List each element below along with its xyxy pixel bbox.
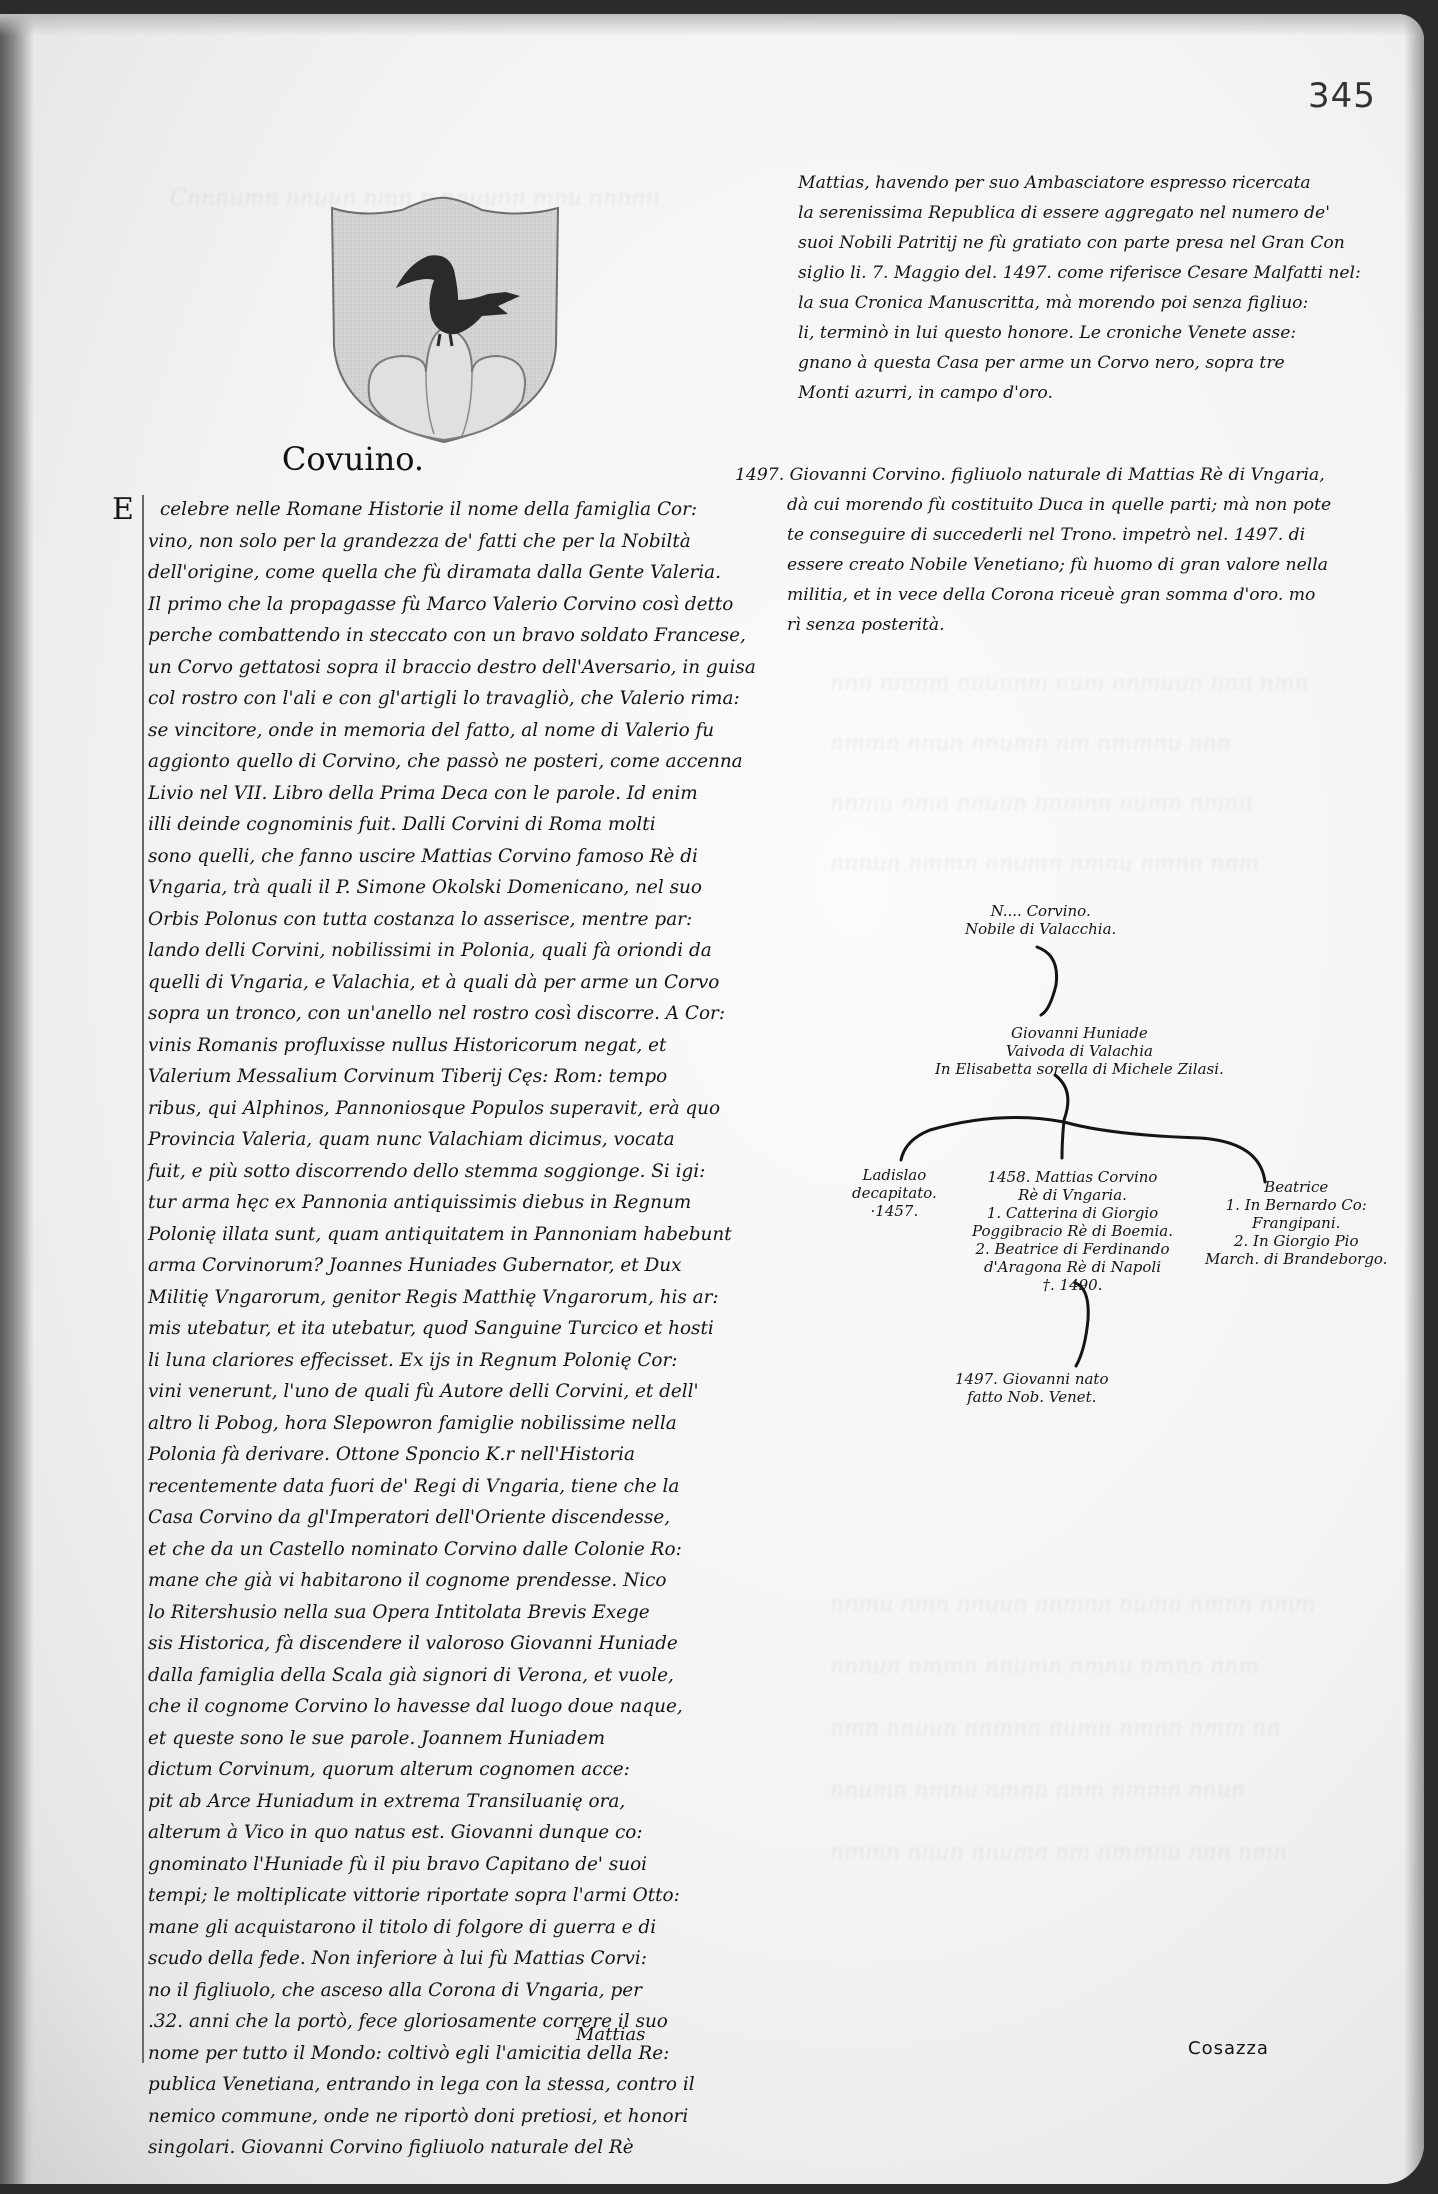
text-line: li, terminò in lui questo honore. Le cro…	[798, 318, 1383, 348]
text-line: singolari. Giovanni Corvino figliuolo na…	[148, 2132, 763, 2164]
text-line: tempi; le moltiplicate vittorie riportat…	[148, 1880, 763, 1912]
drop-cap: E	[112, 494, 134, 526]
text-line: sopra un tronco, con un'anello nel rostr…	[148, 998, 763, 1030]
text-line: publica Venetiana, entrando in lega con …	[148, 2069, 763, 2101]
text-line: tur arma hęc ex Pannonia antiquissimis d…	[148, 1187, 763, 1219]
text-line: In Elisabetta sorella di Michele Zilasi.	[935, 1060, 1224, 1078]
text-line: Vaivoda di Valachia	[935, 1042, 1224, 1060]
text-line: et queste sono le sue parole. Joannem Hu…	[148, 1723, 763, 1755]
text-line: Polonię illata sunt, quam antiquitatem i…	[148, 1219, 763, 1251]
text-line: lando delli Corvini, nobilissimi in Polo…	[148, 935, 763, 967]
text-line: siglio li. 7. Maggio del. 1497. come rif…	[798, 258, 1383, 288]
text-line: lo Ritershusio nella sua Opera Intitolat…	[148, 1597, 763, 1629]
text-line: Polonia fà derivare. Ottone Sponcio K.r …	[148, 1439, 763, 1471]
text-line: gnominato l'Huniade fù il piu bravo Capi…	[148, 1849, 763, 1881]
text-line: fatto Nob. Venet.	[955, 1388, 1109, 1406]
text-line: decapitato.	[852, 1184, 937, 1202]
text-line: un Corvo gettatosi sopra il braccio dest…	[148, 652, 763, 684]
text-line: Orbis Polonus con tutta costanza lo asse…	[148, 904, 763, 936]
text-line: Monti azurri, in campo d'oro.	[798, 378, 1383, 408]
page-top-edge	[0, 14, 1424, 36]
text-line: mane che già vi habitarono il cognome pr…	[148, 1565, 763, 1597]
text-line: dell'origine, come quella che fù diramat…	[148, 557, 763, 589]
tree-node-mattias-corvino: 1458. Mattias CorvinoRè di Vngaria.1. Ca…	[972, 1168, 1173, 1294]
text-line: 1458. Mattias Corvino	[972, 1168, 1173, 1186]
text-line: dà cui morendo fù costituito Duca in que…	[735, 490, 1385, 520]
tree-node-giovanni-1497: 1497. Giovanni natofatto Nob. Venet.	[955, 1370, 1109, 1406]
text-line: N.... Corvino.	[965, 902, 1116, 920]
entry-1497-paragraph: 1497. Giovanni Corvino. figliuolo natura…	[735, 460, 1385, 640]
text-line: pit ab Arce Huniadum in extrema Transilu…	[148, 1786, 763, 1818]
text-line: d'Aragona Rè di Napoli	[972, 1258, 1173, 1276]
bleed-through-text: nnn nmnm nuunnm num nnmuun nnn nmnnmmn n…	[830, 654, 1309, 894]
coat-of-arms-icon	[322, 196, 566, 444]
text-line: Vngaria, trà quali il P. Simone Okolski …	[148, 872, 763, 904]
text-frame-line	[142, 495, 144, 2063]
text-line: 1497. Giovanni nato	[955, 1370, 1109, 1388]
text-line: Livio nel VII. Libro della Prima Deca co…	[148, 778, 763, 810]
text-line: suoi Nobili Patritij ne fù gratiato con …	[798, 228, 1383, 258]
text-line: 1. Catterina di Giorgio	[972, 1204, 1173, 1222]
text-line: Rè di Vngaria.	[972, 1186, 1173, 1204]
text-line: scudo della fede. Non inferiore à lui fù…	[148, 1943, 763, 1975]
text-line: sis Historica, fà discendere il valoroso…	[148, 1628, 763, 1660]
page-right-edge	[1404, 14, 1424, 2184]
tree-node-ladislao: Ladislaodecapitato.·1457.	[852, 1166, 937, 1220]
text-line: la serenissima Republica di essere aggre…	[798, 198, 1383, 228]
text-line: se vincitore, onde in memoria del fatto,…	[148, 715, 763, 747]
text-line: essere creato Nobile Venetiano; fù huomo…	[735, 550, 1385, 580]
text-line: che il cognome Corvino lo havesse dal lu…	[148, 1691, 763, 1723]
text-line: 1. In Bernardo Co:	[1205, 1196, 1387, 1214]
text-line: arma Corvinorum? Joannes Huniades Gubern…	[148, 1250, 763, 1282]
tree-node-giovanni-huniade: Giovanni HuniadeVaivoda di ValachiaIn El…	[935, 1024, 1224, 1078]
text-line: Mattias, havendo per suo Ambasciatore es…	[798, 168, 1383, 198]
text-line: Giovanni Huniade	[935, 1024, 1224, 1042]
text-line: col rostro con l'ali e con gl'artigli lo…	[148, 683, 763, 715]
bleed-through-text: nnmu nmn nnuun nnmnn numn nmnn nmmnnnun …	[830, 1574, 1316, 1884]
text-line: fuit, e più sotto discorrendo dello stem…	[148, 1156, 763, 1188]
text-line: 1497. Giovanni Corvino. figliuolo natura…	[735, 460, 1385, 490]
text-line: et che da un Castello nominato Corvino d…	[148, 1534, 763, 1566]
catchword: Mattias	[576, 2024, 645, 2045]
text-line: Poggibracio Rè di Boemia.	[972, 1222, 1173, 1240]
text-line: ribus, qui Alphinos, Pannoniosque Populo…	[148, 1093, 763, 1125]
text-line: militia, et in vece della Corona riceuè …	[735, 580, 1385, 610]
text-line: Militię Vngarorum, genitor Regis Matthię…	[148, 1282, 763, 1314]
left-column-text: celebre nelle Romane Historie il nome de…	[148, 494, 763, 2164]
text-line: altro li Pobog, hora Slepowron famiglie …	[148, 1408, 763, 1440]
text-line: Ladislao	[852, 1166, 937, 1184]
text-line: illi deinde cognominis fuit. Dalli Corvi…	[148, 809, 763, 841]
text-line: Casa Corvino da gl'Imperatori dell'Orien…	[148, 1502, 763, 1534]
text-line: .32. anni che la portò, fece gloriosamen…	[148, 2006, 763, 2038]
text-line: Nobile di Valacchia.	[965, 920, 1116, 938]
tree-node-root: N.... Corvino.Nobile di Valacchia.	[965, 902, 1116, 938]
right-column-top-paragraph: Mattias, havendo per suo Ambasciatore es…	[798, 168, 1383, 408]
text-line: vino, non solo per la grandezza de' fatt…	[148, 526, 763, 558]
page-title: Covuino.	[248, 440, 458, 478]
text-line: Frangipani.	[1205, 1214, 1387, 1232]
text-line: March. di Brandeborgo.	[1205, 1250, 1387, 1268]
text-line: no il figliuolo, che asceso alla Corona …	[148, 1975, 763, 2007]
text-line: Provincia Valeria, quam nunc Valachiam d…	[148, 1124, 763, 1156]
text-line: 2. In Giorgio Pio	[1205, 1232, 1387, 1250]
text-line: li luna clariores effecisset. Ex ijs in …	[148, 1345, 763, 1377]
text-line: nemico commune, onde ne riportò doni pre…	[148, 2101, 763, 2133]
text-line: mane gli acquistarono il titolo di folgo…	[148, 1912, 763, 1944]
text-line: nome per tutto il Mondo: coltivò egli l'…	[148, 2038, 763, 2070]
text-line: gnano à questa Casa per arme un Corvo ne…	[798, 348, 1383, 378]
text-line: sono quelli, che fanno uscire Mattias Co…	[148, 841, 763, 873]
text-line: Beatrice	[1205, 1178, 1387, 1196]
signature: Cosazza	[1188, 2038, 1269, 2059]
text-line: alterum à Vico in quo natus est. Giovann…	[148, 1817, 763, 1849]
text-line: mis utebatur, et ita utebatur, quod Sang…	[148, 1313, 763, 1345]
text-line: 2. Beatrice di Ferdinando	[972, 1240, 1173, 1258]
text-line: te conseguire di succederli nel Trono. i…	[735, 520, 1385, 550]
text-line: vini venerunt, l'uno de quali fù Autore …	[148, 1376, 763, 1408]
text-line: dalla famiglia della Scala già signori d…	[148, 1660, 763, 1692]
text-line: recentemente data fuori de' Regi di Vnga…	[148, 1471, 763, 1503]
text-line: †. 1490.	[972, 1276, 1173, 1294]
folio-number: 345	[1308, 76, 1376, 116]
text-line: ·1457.	[852, 1202, 937, 1220]
text-line: perche combattendo in steccato con un br…	[148, 620, 763, 652]
text-line: rì senza posterità.	[735, 610, 1385, 640]
text-line: celebre nelle Romane Historie il nome de…	[148, 494, 763, 526]
tree-node-beatrice: Beatrice1. In Bernardo Co:Frangipani.2. …	[1205, 1178, 1387, 1268]
text-line: aggionto quello di Corvino, che passò ne…	[148, 746, 763, 778]
text-line: Il primo che la propagasse fù Marco Vale…	[148, 589, 763, 621]
text-line: dictum Corvinum, quorum alterum cognomen…	[148, 1754, 763, 1786]
text-line: Valerium Messalium Corvinum Tiberij Cęs:…	[148, 1061, 763, 1093]
text-line: vinis Romanis profluxisse nullus Histori…	[148, 1030, 763, 1062]
text-line: quelli di Vngaria, e Valachia, et à qual…	[148, 967, 763, 999]
binding-shadow	[0, 14, 34, 2184]
text-line: la sua Cronica Manuscritta, mà morendo p…	[798, 288, 1383, 318]
